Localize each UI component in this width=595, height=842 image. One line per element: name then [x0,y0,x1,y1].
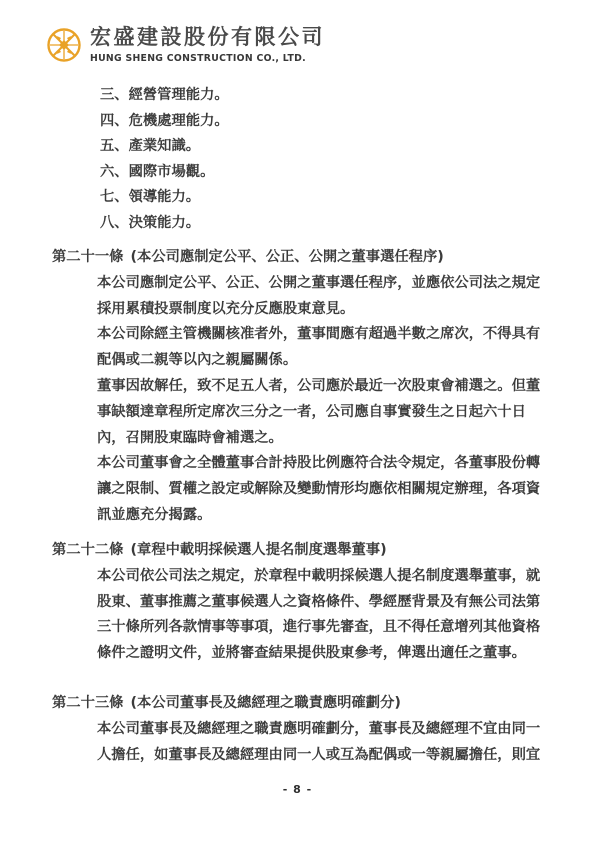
article-paragraph: 本公司除經主管機關核准者外，董事間應有超過半數之席次，不得具有配偶或二親等以內之… [97,322,544,374]
article-body: 本公司董事長及總經理之職責應明確劃分，董事長及總經理不宜由同一人擔任，如董事長及… [97,717,544,769]
article-paragraph: 本公司董事會之全體董事合計持股比例應符合法令規定，各董事股份轉讓之限制、質權之設… [97,451,544,528]
article-paragraph: 本公司董事長及總經理之職責應明確劃分，董事長及總經理不宜由同一人擔任，如董事長及… [97,717,544,769]
article-heading: 第二十一條(本公司應制定公平、公正、公開之董事選任程序) [52,245,546,271]
article-heading: 第二十二條(章程中載明採候選人提名制度選舉董事) [52,538,546,564]
article-22: 第二十二條(章程中載明採候選人提名制度選舉董事) 本公司依公司法之規定，於章程中… [52,538,546,667]
company-logo-icon [46,24,82,64]
article-title: (章程中載明採候選人提名制度選舉董事) [130,542,386,558]
document-page: 宏盛建設股份有限公司 HUNG SHENG CONSTRUCTION CO., … [0,0,595,842]
article-paragraph: 本公司依公司法之規定，於章程中載明採候選人提名制度選舉董事，就股東、董事推薦之董… [97,564,544,667]
list-item: 五、產業知識。 [100,134,229,160]
article-body: 本公司依公司法之規定，於章程中載明採候選人提名制度選舉董事，就股東、董事推薦之董… [97,564,544,667]
article-number: 第二十二條 [52,542,123,558]
company-names: 宏盛建設股份有限公司 HUNG SHENG CONSTRUCTION CO., … [90,24,325,64]
article-23: 第二十三條(本公司董事長及總經理之職責應明確劃分) 本公司董事長及總經理之職責應… [52,691,546,768]
article-paragraph: 本公司應制定公平、公正、公開之董事選任程序，並應依公司法之規定採用累積投票制度以… [97,271,544,323]
page-number: - 8 - [283,783,312,796]
article-title: (本公司董事長及總經理之職責應明確劃分) [130,695,400,711]
article-number: 第二十三條 [52,695,123,711]
article-21: 第二十一條(本公司應制定公平、公正、公開之董事選任程序) 本公司應制定公平、公正… [52,245,546,529]
list-item: 四、危機處理能力。 [100,109,229,135]
list-item: 八、決策能力。 [100,211,229,237]
company-name-zh: 宏盛建設股份有限公司 [90,24,325,50]
list-item: 七、領導能力。 [100,185,229,211]
article-number: 第二十一條 [52,249,123,265]
article-paragraph: 董事因故解任，致不足五人者，公司應於最近一次股東會補選之。但董事缺額達章程所定席… [97,374,544,451]
capability-list: 三、經營管理能力。 四、危機處理能力。 五、產業知識。 六、國際市場觀。 七、領… [100,83,229,236]
company-header: 宏盛建設股份有限公司 HUNG SHENG CONSTRUCTION CO., … [46,24,325,64]
list-item: 三、經營管理能力。 [100,83,229,109]
list-item: 六、國際市場觀。 [100,160,229,186]
article-title: (本公司應制定公平、公正、公開之董事選任程序) [130,249,443,265]
article-body: 本公司應制定公平、公正、公開之董事選任程序，並應依公司法之規定採用累積投票制度以… [97,271,544,529]
article-heading: 第二十三條(本公司董事長及總經理之職責應明確劃分) [52,691,546,717]
page-footer: - 8 - [0,783,595,796]
company-name-en: HUNG SHENG CONSTRUCTION CO., LTD. [90,53,325,64]
